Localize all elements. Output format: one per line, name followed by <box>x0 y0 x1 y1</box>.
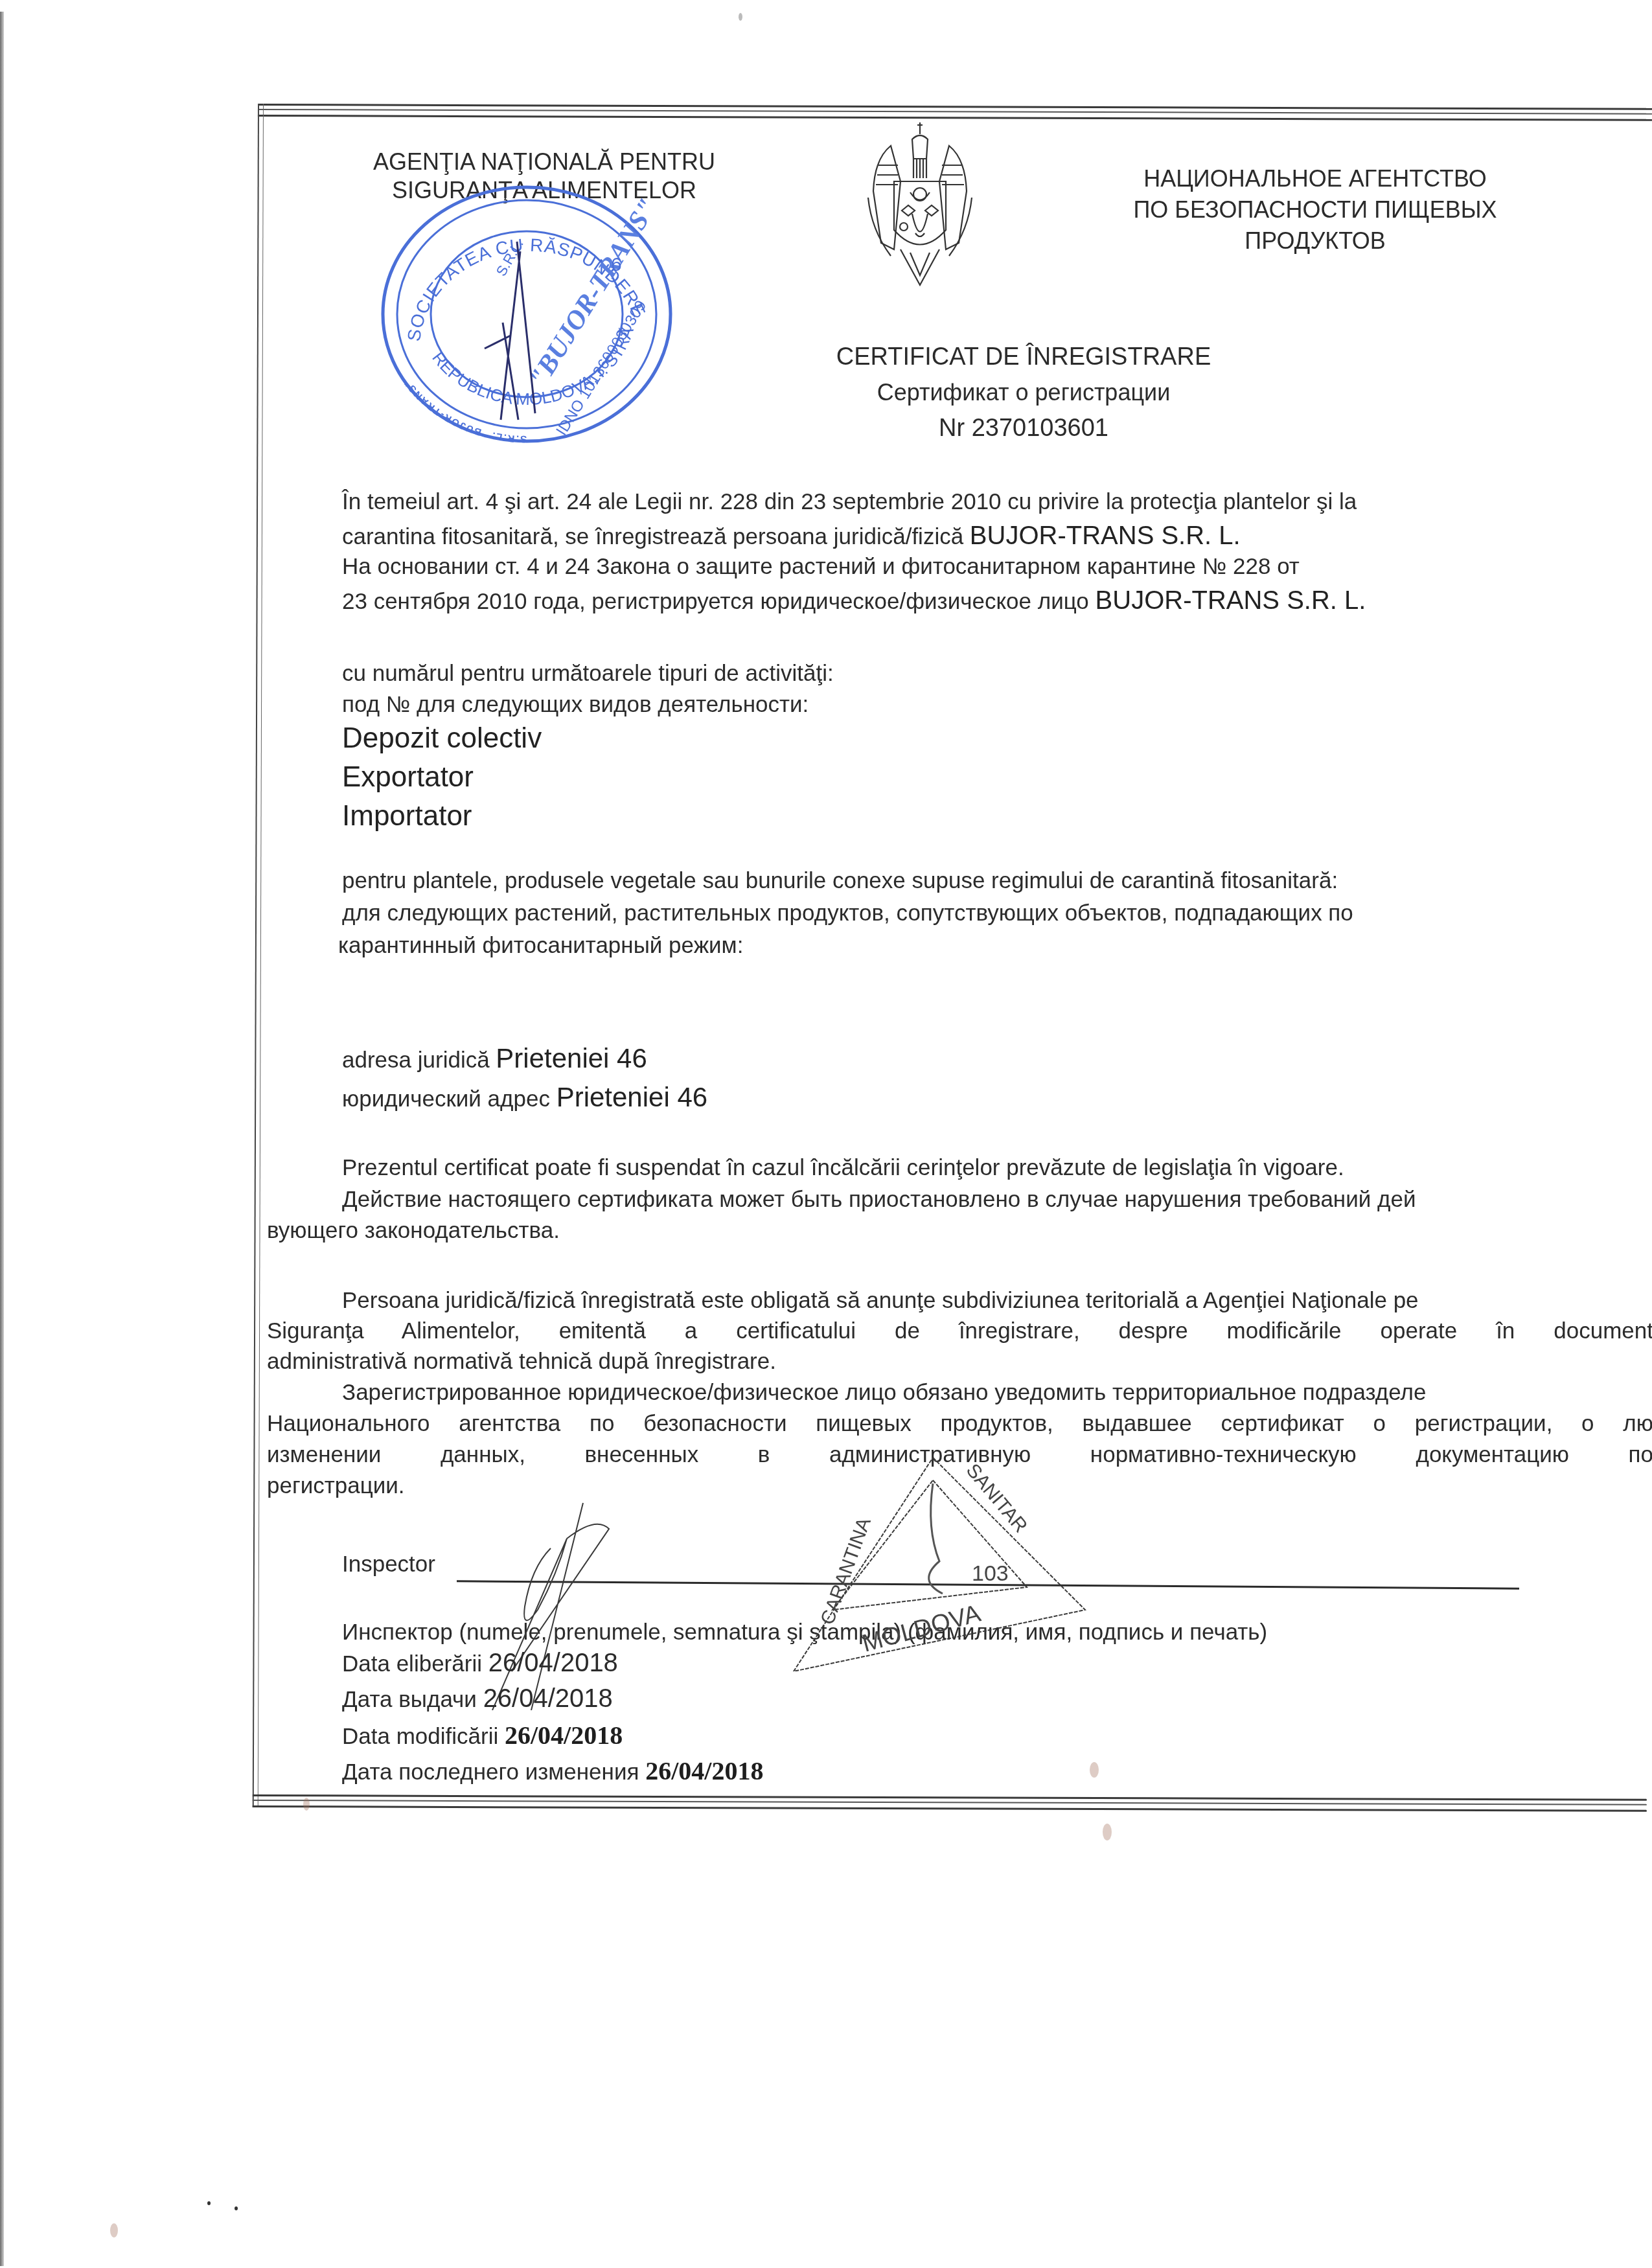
seal-left-text: CARANTINA <box>817 1515 875 1627</box>
scan-stain <box>110 2223 118 2238</box>
suspension-ru-line2: вующего законодательства. <box>267 1218 560 1244</box>
legal-basis-ro-prefix: carantina fitosanitară, se înregistrează… <box>342 524 963 549</box>
date-modified-ro-value: 26/04/2018 <box>505 1721 623 1750</box>
address-ru: юридический адрес Prieteniei 46 <box>342 1082 707 1113</box>
activity-item: Exportator <box>342 761 474 794</box>
inspector-label: Inspector <box>342 1552 435 1577</box>
frame-top-border <box>258 104 1652 121</box>
activity-item: Importator <box>342 800 472 832</box>
legal-basis-ru-line1: На основании ст. 4 и 24 Закона о защите … <box>342 554 1300 580</box>
frame-bottom-border <box>253 1794 1647 1812</box>
quarantine-triangle-seal: CARANTINA SANITAR 103 MOLDOVA <box>787 1458 1092 1671</box>
seal-bottom-text: MOLDOVA <box>859 1599 983 1657</box>
legal-basis-ro-line2: carantina fitosanitară, se înregistrează… <box>342 521 1241 551</box>
date-issue-ru: Дата выдачи 26/04/2018 <box>342 1684 613 1713</box>
certificate-title-ro: CERTIFICAT DE ÎNREGISTRARE <box>797 343 1250 371</box>
date-modified-ro: Data modificării 26/04/2018 <box>342 1720 623 1750</box>
scan-stain <box>303 1798 310 1811</box>
scan-stain <box>1090 1762 1099 1778</box>
scan-edge-shadow <box>0 12 4 2266</box>
activity-item: Depozit colectiv <box>342 722 542 755</box>
obligation-ro-line1: Persoana juridică/fizică înregistrată es… <box>342 1288 1652 1314</box>
date-issue-ro: Data eliberării 26/04/2018 <box>342 1649 618 1678</box>
agency-name-ru-line1: НАЦИОНАЛЬНОЕ АГЕНТСТВО <box>1062 163 1568 194</box>
obligation-ru-line2: Национального агентства по безопасности … <box>267 1411 1652 1437</box>
company-round-seal: S.R.L. "BUJOR-TRANS" SOCIETATEA CU RĂSPU… <box>374 180 679 452</box>
legal-basis-ro-line1: În temeiul art. 4 şi art. 24 ale Legii n… <box>342 489 1357 515</box>
certificate-number-label: Nr <box>939 415 965 442</box>
address-ro-label: adresa juridică <box>342 1048 490 1073</box>
agency-name-ru-line2: ПО БЕЗОПАСНОСТИ ПИЩЕВЫХ <box>1062 194 1568 225</box>
date-modified-ru-label: Дата последнего изменения <box>342 1759 639 1785</box>
address-ro: adresa juridică Prieteniei 46 <box>342 1043 647 1074</box>
scope-ro: pentru plantele, produsele vegetale sau … <box>342 868 1338 894</box>
obligation-ru-line1: Зарегистрированное юридическое/физическо… <box>342 1380 1652 1406</box>
date-modified-ro-label: Data modificării <box>342 1724 498 1749</box>
frame-left-border <box>253 104 264 1807</box>
activities-intro-ro: cu numărul pentru următoarele tipuri de … <box>342 661 834 687</box>
obligation-ro-line3: administrativă normativă tehnică după în… <box>267 1349 776 1375</box>
scan-speck <box>235 2206 238 2210</box>
date-issue-ru-value: 26/04/2018 <box>483 1684 613 1713</box>
scope-ru-line1: для следующих растений, растительных про… <box>342 900 1644 926</box>
address-ru-value: Prieteniei 46 <box>556 1082 707 1112</box>
scan-speck <box>739 13 742 21</box>
seal-center-name: "BUJOR-TRANS" <box>523 194 663 393</box>
certificate-number: Nr 2370103601 <box>797 415 1250 442</box>
date-modified-ru-value: 26/04/2018 <box>645 1756 763 1785</box>
moldova-coat-of-arms-icon <box>855 120 985 292</box>
legal-basis-ru-line2: 23 сентября 2010 года, регистрируется юр… <box>342 586 1366 615</box>
suspension-ru-line1: Действие настоящего сертификата может бы… <box>342 1187 1652 1213</box>
address-ru-label: юридический адрес <box>342 1086 550 1112</box>
scan-stain <box>1103 1824 1112 1840</box>
suspension-ro: Prezentul certificat poate fi suspendat … <box>342 1155 1344 1181</box>
legal-basis-ru-prefix: 23 сентября 2010 года, регистрируется юр… <box>342 589 1089 614</box>
date-issue-ro-label: Data eliberării <box>342 1651 482 1677</box>
company-name-ru: BUJOR-TRANS S.R. L. <box>1096 586 1366 615</box>
certificate-title-ru: Сертификат о регистрации <box>797 379 1250 406</box>
agency-name-ru: НАЦИОНАЛЬНОЕ АГЕНТСТВО ПО БЕЗОПАСНОСТИ П… <box>1062 163 1568 257</box>
date-issue-ro-value: 26/04/2018 <box>488 1649 618 1677</box>
obligation-ru-line4: регистрации. <box>267 1473 405 1499</box>
seal-number-103: 103 <box>972 1561 1009 1586</box>
obligation-ro-line2: Siguranţa Alimentelor, emitentă a certif… <box>267 1318 1652 1344</box>
agency-name-ro-line1: AGENŢIA NAŢIONALĂ PENTRU <box>330 148 758 176</box>
agency-name-ru-line3: ПРОДУКТОВ <box>1062 225 1568 257</box>
certificate-number-value: 2370103601 <box>972 415 1108 442</box>
address-ro-value: Prieteniei 46 <box>496 1043 647 1073</box>
seal-number: 6 <box>611 254 622 275</box>
scan-speck <box>207 2201 211 2205</box>
scope-ru-line2: карантинный фитосанитарный режим: <box>338 933 743 959</box>
activities-intro-ru: под № для следующих видов деятельности: <box>342 692 809 718</box>
date-issue-ru-label: Дата выдачи <box>342 1687 477 1712</box>
date-modified-ru: Дата последнего изменения 26/04/2018 <box>342 1756 763 1786</box>
company-name-ro: BUJOR-TRANS S.R. L. <box>970 521 1241 550</box>
